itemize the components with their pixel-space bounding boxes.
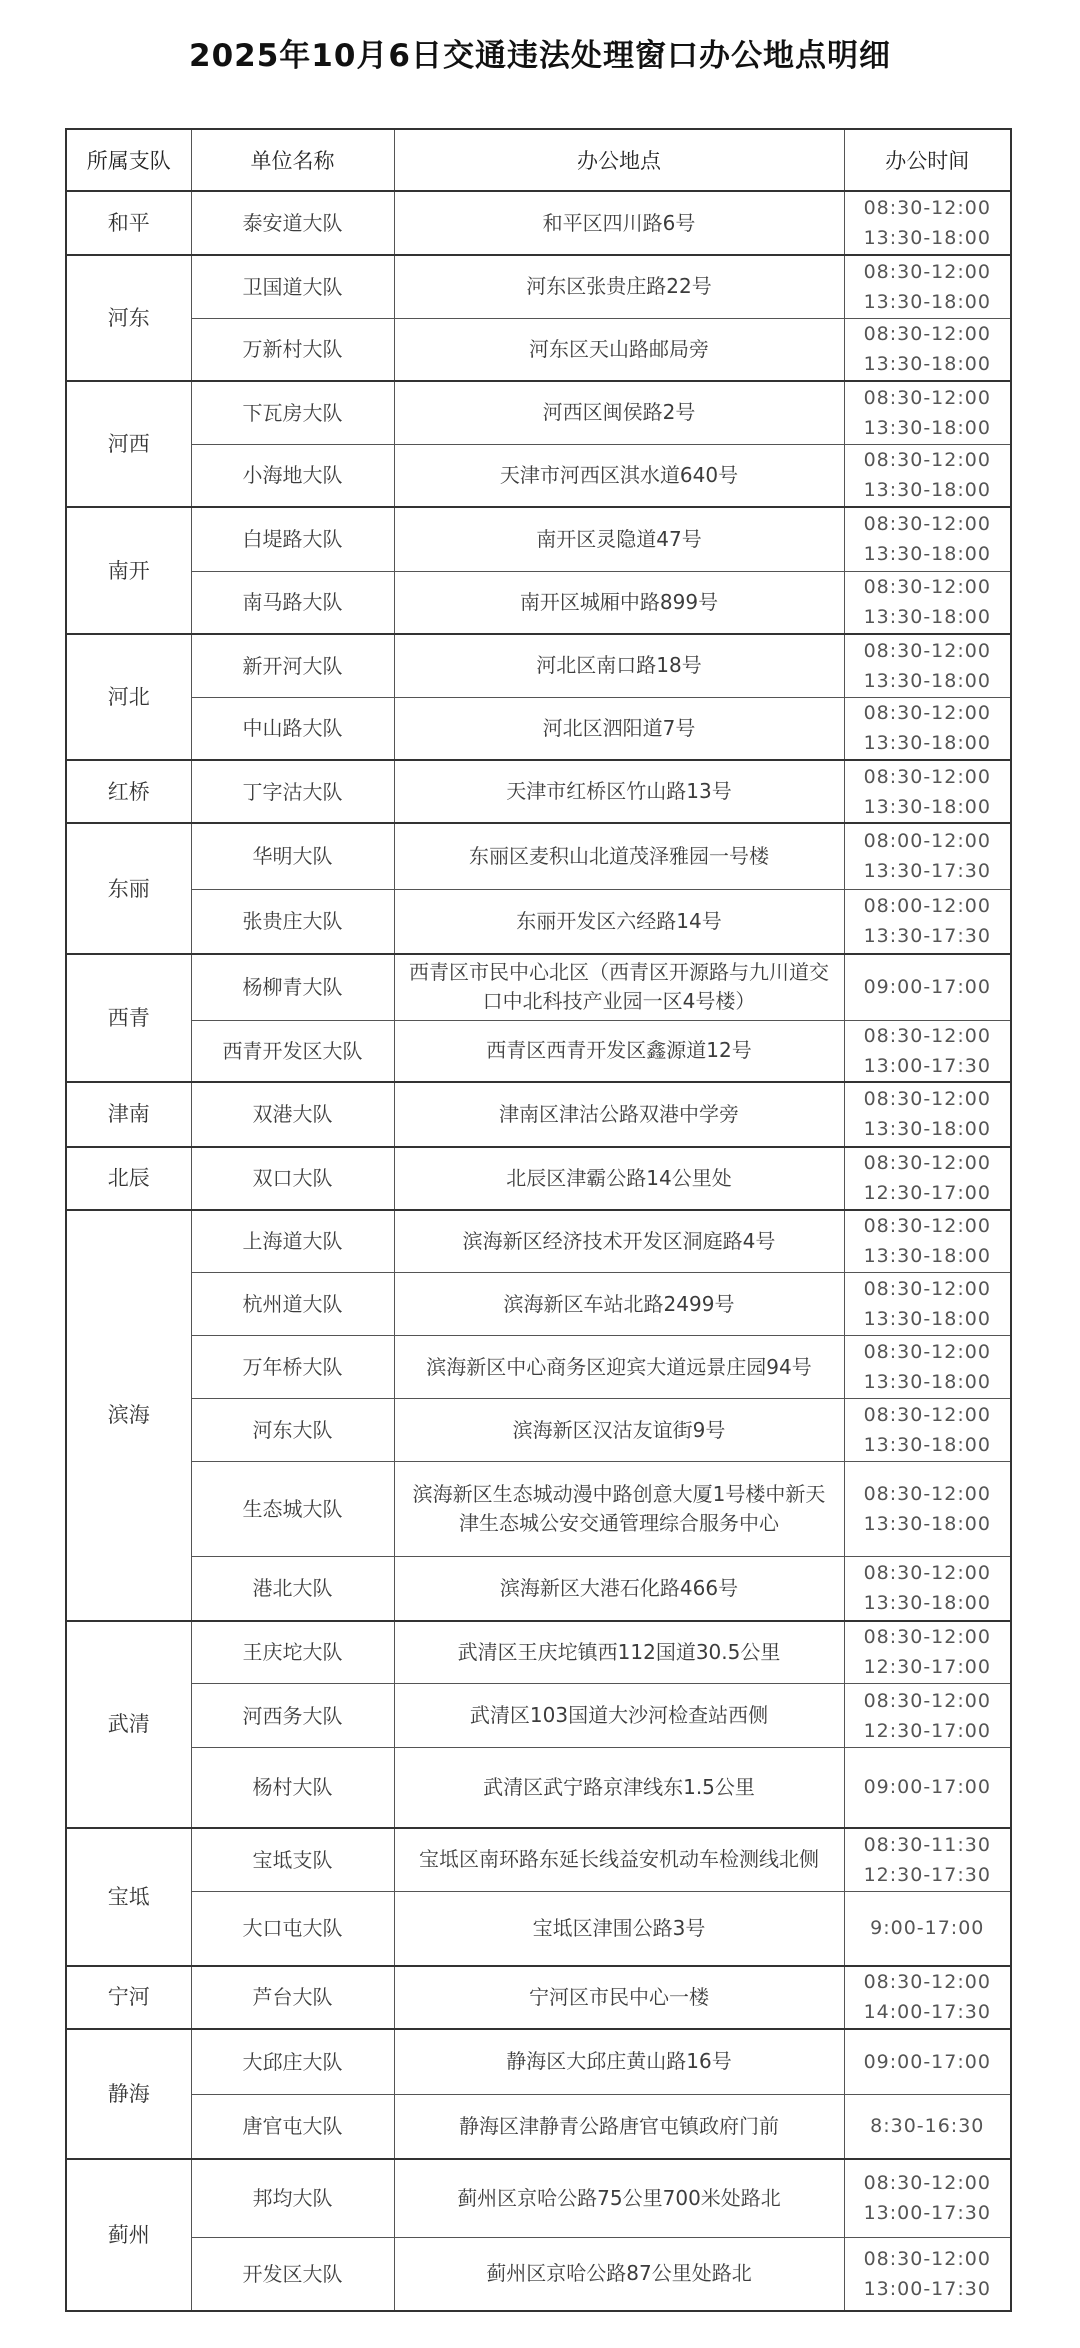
branch-cell: 和平 bbox=[66, 191, 191, 255]
branch-cell: 宝坻 bbox=[66, 1828, 191, 1966]
address-cell: 南开区灵隐道47号 bbox=[394, 507, 844, 571]
address-cell: 河东区张贵庄路22号 bbox=[394, 255, 844, 318]
table-row: 河东卫国道大队河东区张贵庄路22号08:30-12:00 13:30-18:00 bbox=[66, 255, 1011, 318]
branch-cell: 南开 bbox=[66, 507, 191, 634]
hours-cell: 08:30-12:00 13:00-17:30 bbox=[844, 2238, 1011, 2311]
hours-cell: 08:30-12:00 13:30-18:00 bbox=[844, 1557, 1011, 1621]
address-cell: 滨海新区经济技术开发区洞庭路4号 bbox=[394, 1210, 844, 1273]
table-row: 宝坻宝坻支队宝坻区南环路东延长线益安机动车检测线北侧08:30-11:30 12… bbox=[66, 1828, 1011, 1892]
hours-cell: 8:30-16:30 bbox=[844, 2095, 1011, 2159]
unit-cell: 邦均大队 bbox=[191, 2159, 394, 2238]
unit-cell: 开发区大队 bbox=[191, 2238, 394, 2311]
table-row: 静海大邱庄大队静海区大邱庄黄山路16号09:00-17:00 bbox=[66, 2029, 1011, 2095]
unit-cell: 小海地大队 bbox=[191, 444, 394, 507]
address-cell: 宁河区市民中心一楼 bbox=[394, 1966, 844, 2029]
table-row: 南马路大队南开区城厢中路899号08:30-12:00 13:30-18:00 bbox=[66, 571, 1011, 634]
unit-cell: 大口屯大队 bbox=[191, 1892, 394, 1966]
table-row: 杭州道大队滨海新区车站北路2499号08:30-12:00 13:30-18:0… bbox=[66, 1273, 1011, 1336]
unit-cell: 双口大队 bbox=[191, 1147, 394, 1210]
address-cell: 津南区津沽公路双港中学旁 bbox=[394, 1082, 844, 1147]
unit-cell: 宝坻支队 bbox=[191, 1828, 394, 1892]
header-unit: 单位名称 bbox=[191, 129, 394, 191]
branch-cell: 河北 bbox=[66, 634, 191, 760]
table-row: 西青杨柳青大队西青区市民中心北区（西青区开源路与九川道交口中北科技产业园一区4号… bbox=[66, 954, 1011, 1020]
branch-cell: 东丽 bbox=[66, 823, 191, 954]
unit-cell: 上海道大队 bbox=[191, 1210, 394, 1273]
table-row: 东丽华明大队东丽区麦积山北道茂泽雅园一号楼08:00-12:00 13:30-1… bbox=[66, 823, 1011, 889]
address-cell: 天津市河西区淇水道640号 bbox=[394, 444, 844, 507]
hours-cell: 08:30-12:00 12:30-17:00 bbox=[844, 1684, 1011, 1748]
hours-cell: 08:30-12:00 13:30-18:00 bbox=[844, 760, 1011, 823]
hours-cell: 09:00-17:00 bbox=[844, 954, 1011, 1020]
address-cell: 和平区四川路6号 bbox=[394, 191, 844, 255]
address-cell: 北辰区津霸公路14公里处 bbox=[394, 1147, 844, 1210]
table-row: 杨村大队武清区武宁路京津线东1.5公里09:00-17:00 bbox=[66, 1748, 1011, 1828]
unit-cell: 唐官屯大队 bbox=[191, 2095, 394, 2159]
hours-cell: 08:30-12:00 13:30-18:00 bbox=[844, 1336, 1011, 1399]
table-row: 北辰双口大队北辰区津霸公路14公里处08:30-12:00 12:30-17:0… bbox=[66, 1147, 1011, 1210]
address-cell: 东丽区麦积山北道茂泽雅园一号楼 bbox=[394, 823, 844, 889]
address-cell: 蓟州区京哈公路75公里700米处路北 bbox=[394, 2159, 844, 2238]
address-cell: 武清区武宁路京津线东1.5公里 bbox=[394, 1748, 844, 1828]
hours-cell: 08:30-12:00 13:00-17:30 bbox=[844, 2159, 1011, 2238]
branch-cell: 宁河 bbox=[66, 1966, 191, 2029]
hours-cell: 08:30-12:00 13:30-18:00 bbox=[844, 1082, 1011, 1147]
header-hours: 办公时间 bbox=[844, 129, 1011, 191]
hours-cell: 08:30-12:00 13:30-18:00 bbox=[844, 444, 1011, 507]
unit-cell: 泰安道大队 bbox=[191, 191, 394, 255]
address-cell: 南开区城厢中路899号 bbox=[394, 571, 844, 634]
table-row: 港北大队滨海新区大港石化路466号08:30-12:00 13:30-18:00 bbox=[66, 1557, 1011, 1621]
hours-cell: 08:30-12:00 13:30-18:00 bbox=[844, 697, 1011, 760]
table-row: 和平泰安道大队和平区四川路6号08:30-12:00 13:30-18:00 bbox=[66, 191, 1011, 255]
table-row: 宁河芦台大队宁河区市民中心一楼08:30-12:00 14:00-17:30 bbox=[66, 1966, 1011, 2029]
address-cell: 宝坻区南环路东延长线益安机动车检测线北侧 bbox=[394, 1828, 844, 1892]
table-header-row: 所属支队 单位名称 办公地点 办公时间 bbox=[66, 129, 1011, 191]
unit-cell: 杭州道大队 bbox=[191, 1273, 394, 1336]
address-cell: 宝坻区津围公路3号 bbox=[394, 1892, 844, 1966]
table-row: 武清王庆坨大队武清区王庆坨镇西112国道30.5公里08:30-12:00 12… bbox=[66, 1621, 1011, 1684]
table-row: 开发区大队蓟州区京哈公路87公里处路北08:30-12:00 13:00-17:… bbox=[66, 2238, 1011, 2311]
address-cell: 武清区王庆坨镇西112国道30.5公里 bbox=[394, 1621, 844, 1684]
hours-cell: 08:30-12:00 13:30-18:00 bbox=[844, 255, 1011, 318]
table-row: 大口屯大队宝坻区津围公路3号9:00-17:00 bbox=[66, 1892, 1011, 1966]
hours-cell: 08:30-12:00 13:30-18:00 bbox=[844, 1273, 1011, 1336]
address-cell: 静海区津静青公路唐官屯镇政府门前 bbox=[394, 2095, 844, 2159]
unit-cell: 万新村大队 bbox=[191, 318, 394, 381]
address-cell: 滨海新区生态城动漫中路创意大厦1号楼中新天津生态城公安交通管理综合服务中心 bbox=[394, 1462, 844, 1557]
hours-cell: 08:30-12:00 13:30-18:00 bbox=[844, 1462, 1011, 1557]
address-cell: 东丽开发区六经路14号 bbox=[394, 889, 844, 954]
table-row: 滨海上海道大队滨海新区经济技术开发区洞庭路4号08:30-12:00 13:30… bbox=[66, 1210, 1011, 1273]
unit-cell: 万年桥大队 bbox=[191, 1336, 394, 1399]
hours-cell: 08:30-12:00 13:30-18:00 bbox=[844, 634, 1011, 697]
hours-cell: 08:30-12:00 13:30-18:00 bbox=[844, 1399, 1011, 1462]
hours-cell: 08:30-12:00 13:30-18:00 bbox=[844, 191, 1011, 255]
table-row: 西青开发区大队西青区西青开发区鑫源道12号08:30-12:00 13:00-1… bbox=[66, 1020, 1011, 1082]
address-cell: 武清区103国道大沙河检查站西侧 bbox=[394, 1684, 844, 1748]
unit-cell: 芦台大队 bbox=[191, 1966, 394, 2029]
branch-cell: 河西 bbox=[66, 381, 191, 507]
header-address: 办公地点 bbox=[394, 129, 844, 191]
hours-cell: 08:30-12:00 13:30-18:00 bbox=[844, 507, 1011, 571]
table-row: 红桥丁字沽大队天津市红桥区竹山路13号08:30-12:00 13:30-18:… bbox=[66, 760, 1011, 823]
table-row: 唐官屯大队静海区津静青公路唐官屯镇政府门前8:30-16:30 bbox=[66, 2095, 1011, 2159]
address-cell: 西青区市民中心北区（西青区开源路与九川道交口中北科技产业园一区4号楼） bbox=[394, 954, 844, 1020]
address-cell: 河西区闽侯路2号 bbox=[394, 381, 844, 444]
unit-cell: 港北大队 bbox=[191, 1557, 394, 1621]
branch-cell: 河东 bbox=[66, 255, 191, 381]
hours-cell: 08:30-12:00 13:30-18:00 bbox=[844, 318, 1011, 381]
unit-cell: 河西务大队 bbox=[191, 1684, 394, 1748]
address-cell: 天津市红桥区竹山路13号 bbox=[394, 760, 844, 823]
address-cell: 蓟州区京哈公路87公里处路北 bbox=[394, 2238, 844, 2311]
table-row: 中山路大队河北区泗阳道7号08:30-12:00 13:30-18:00 bbox=[66, 697, 1011, 760]
unit-cell: 大邱庄大队 bbox=[191, 2029, 394, 2095]
hours-cell: 08:30-12:00 12:30-17:00 bbox=[844, 1621, 1011, 1684]
unit-cell: 华明大队 bbox=[191, 823, 394, 889]
unit-cell: 张贵庄大队 bbox=[191, 889, 394, 954]
unit-cell: 杨村大队 bbox=[191, 1748, 394, 1828]
unit-cell: 双港大队 bbox=[191, 1082, 394, 1147]
page-title: 2025年10月6日交通违法处理窗口办公地点明细 bbox=[0, 30, 1080, 75]
hours-cell: 09:00-17:00 bbox=[844, 1748, 1011, 1828]
table-row: 河西务大队武清区103国道大沙河检查站西侧08:30-12:00 12:30-1… bbox=[66, 1684, 1011, 1748]
branch-cell: 静海 bbox=[66, 2029, 191, 2159]
table-row: 津南双港大队津南区津沽公路双港中学旁08:30-12:00 13:30-18:0… bbox=[66, 1082, 1011, 1147]
branch-cell: 蓟州 bbox=[66, 2159, 191, 2311]
unit-cell: 生态城大队 bbox=[191, 1462, 394, 1557]
address-cell: 西青区西青开发区鑫源道12号 bbox=[394, 1020, 844, 1082]
unit-cell: 杨柳青大队 bbox=[191, 954, 394, 1020]
hours-cell: 09:00-17:00 bbox=[844, 2029, 1011, 2095]
unit-cell: 下瓦房大队 bbox=[191, 381, 394, 444]
table-body: 和平泰安道大队和平区四川路6号08:30-12:00 13:30-18:00河东… bbox=[66, 191, 1011, 2311]
header-branch: 所属支队 bbox=[66, 129, 191, 191]
table-row: 河北新开河大队河北区南口路18号08:30-12:00 13:30-18:00 bbox=[66, 634, 1011, 697]
unit-cell: 新开河大队 bbox=[191, 634, 394, 697]
table-row: 万年桥大队滨海新区中心商务区迎宾大道远景庄园94号08:30-12:00 13:… bbox=[66, 1336, 1011, 1399]
hours-cell: 08:00-12:00 13:30-17:30 bbox=[844, 889, 1011, 954]
table-row: 生态城大队滨海新区生态城动漫中路创意大厦1号楼中新天津生态城公安交通管理综合服务… bbox=[66, 1462, 1011, 1557]
unit-cell: 河东大队 bbox=[191, 1399, 394, 1462]
hours-cell: 9:00-17:00 bbox=[844, 1892, 1011, 1966]
office-locations-table: 所属支队 单位名称 办公地点 办公时间 和平泰安道大队和平区四川路6号08:30… bbox=[65, 128, 1012, 2312]
address-cell: 滨海新区车站北路2499号 bbox=[394, 1273, 844, 1336]
unit-cell: 西青开发区大队 bbox=[191, 1020, 394, 1082]
unit-cell: 王庆坨大队 bbox=[191, 1621, 394, 1684]
hours-cell: 08:30-12:00 13:00-17:30 bbox=[844, 1020, 1011, 1082]
unit-cell: 白堤路大队 bbox=[191, 507, 394, 571]
address-cell: 滨海新区大港石化路466号 bbox=[394, 1557, 844, 1621]
hours-cell: 08:30-12:00 13:30-18:00 bbox=[844, 571, 1011, 634]
hours-cell: 08:00-12:00 13:30-17:30 bbox=[844, 823, 1011, 889]
address-cell: 静海区大邱庄黄山路16号 bbox=[394, 2029, 844, 2095]
unit-cell: 南马路大队 bbox=[191, 571, 394, 634]
address-cell: 河北区南口路18号 bbox=[394, 634, 844, 697]
branch-cell: 滨海 bbox=[66, 1210, 191, 1621]
branch-cell: 武清 bbox=[66, 1621, 191, 1828]
branch-cell: 红桥 bbox=[66, 760, 191, 823]
table-row: 蓟州邦均大队蓟州区京哈公路75公里700米处路北08:30-12:00 13:0… bbox=[66, 2159, 1011, 2238]
unit-cell: 丁字沽大队 bbox=[191, 760, 394, 823]
table-row: 张贵庄大队东丽开发区六经路14号08:00-12:00 13:30-17:30 bbox=[66, 889, 1011, 954]
branch-cell: 北辰 bbox=[66, 1147, 191, 1210]
table-row: 南开白堤路大队南开区灵隐道47号08:30-12:00 13:30-18:00 bbox=[66, 507, 1011, 571]
hours-cell: 08:30-12:00 13:30-18:00 bbox=[844, 1210, 1011, 1273]
table-row: 河西下瓦房大队河西区闽侯路2号08:30-12:00 13:30-18:00 bbox=[66, 381, 1011, 444]
hours-cell: 08:30-12:00 13:30-18:00 bbox=[844, 381, 1011, 444]
table-row: 小海地大队天津市河西区淇水道640号08:30-12:00 13:30-18:0… bbox=[66, 444, 1011, 507]
unit-cell: 中山路大队 bbox=[191, 697, 394, 760]
address-cell: 河东区天山路邮局旁 bbox=[394, 318, 844, 381]
hours-cell: 08:30-11:30 12:30-17:30 bbox=[844, 1828, 1011, 1892]
address-cell: 滨海新区汉沽友谊街9号 bbox=[394, 1399, 844, 1462]
table-row: 河东大队滨海新区汉沽友谊街9号08:30-12:00 13:30-18:00 bbox=[66, 1399, 1011, 1462]
address-cell: 河北区泗阳道7号 bbox=[394, 697, 844, 760]
branch-cell: 津南 bbox=[66, 1082, 191, 1147]
branch-cell: 西青 bbox=[66, 954, 191, 1082]
unit-cell: 卫国道大队 bbox=[191, 255, 394, 318]
hours-cell: 08:30-12:00 14:00-17:30 bbox=[844, 1966, 1011, 2029]
address-cell: 滨海新区中心商务区迎宾大道远景庄园94号 bbox=[394, 1336, 844, 1399]
hours-cell: 08:30-12:00 12:30-17:00 bbox=[844, 1147, 1011, 1210]
table-row: 万新村大队河东区天山路邮局旁08:30-12:00 13:30-18:00 bbox=[66, 318, 1011, 381]
